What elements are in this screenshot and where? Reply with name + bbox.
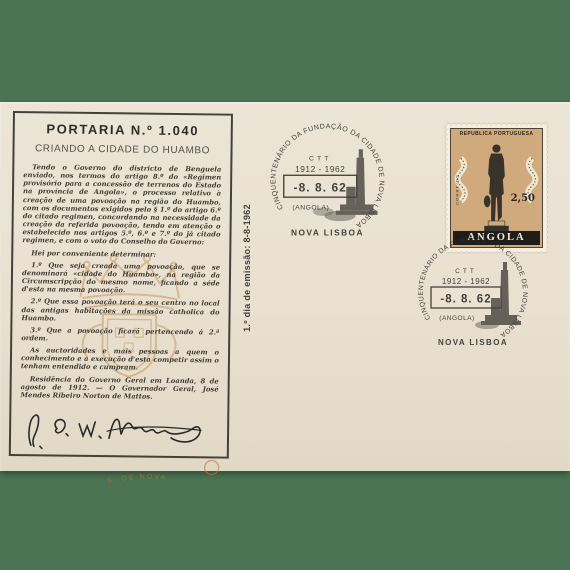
postmark-date: -8. 8. 62 [294, 180, 347, 194]
stamp-country-header: REPUBLICA PORTUGUESA [451, 131, 542, 137]
stamp-design: REPUBLICA PORTUGUESA CORREIOS 2,50 ANGOL… [450, 128, 543, 248]
decree-paragraph: Hei por conveniente determinar: [22, 249, 220, 260]
decree-paragraph: 3.º Que a povoação ficará pertencendo á … [21, 326, 219, 345]
decree-text: Tendo o Governo do districto de Benguela… [20, 163, 221, 401]
decree-paragraph: 1.º Que seja creada uma povoação, que se… [22, 261, 220, 296]
stamp-perforation-right [545, 122, 550, 254]
norton-de-matos-statue-icon [484, 144, 509, 231]
portaria-subtitle: CRIANDO A CIDADE DO HUAMBO [23, 143, 221, 156]
orange-handstamp-text: S. DE NOVA [107, 473, 168, 486]
governor-signature-icon [21, 405, 218, 457]
decree-paragraph: Tendo o Governo do districto de Benguela… [22, 163, 221, 247]
decree-paragraph: As auctoridades e mais pessoas a quem o … [21, 346, 219, 373]
decree-paragraph: Residência do Governo Geral em Loanda, 8… [20, 375, 218, 402]
decree-paragraph: 2.º Que essa povoação terá o seu centro … [21, 297, 219, 324]
portaria-box: PORTARIA N.º 1.040 CRIANDO A CIDADE DO H… [9, 111, 233, 459]
postmark-region: (ANGOLA) [439, 315, 474, 322]
postmark-years: 1912 - 1962 [442, 277, 490, 286]
orange-handstamp: S. DE NOVA [80, 454, 221, 498]
svg-text:S. DE NOVA: S. DE NOVA [107, 473, 168, 486]
first-day-cover-photo: PORTARIA N.º 1.040 CRIANDO A CIDADE DO H… [0, 0, 570, 570]
postmark-city: NOVA LISBOA [291, 228, 364, 238]
postmark-center: CINQUENTENÁRIO DA FUNDAÇÃO DA CIDADE DE … [265, 118, 390, 243]
postmark-years: 1912 - 1962 [295, 164, 345, 174]
stamp-correios-label: CORREIOS [455, 170, 460, 210]
postmark-city: NOVA LISBOA [438, 338, 508, 347]
stamp-artwork [451, 129, 542, 246]
postmark-on-stamp: CINQUENTENÁRIO DA FUNDAÇÃO DA CIDADE DE … [413, 232, 533, 352]
stamp-denomination: 2,50 [511, 193, 535, 204]
portaria-title: PORTARIA N.º 1.040 [24, 121, 222, 138]
postmark-ctt: CTT [455, 268, 477, 275]
first-day-emission-note: 1.º dia de emissão: 8-8-1962 [242, 188, 256, 348]
postmark-ctt: CTT [309, 156, 332, 163]
postmark-date: -8. 8. 62 [440, 294, 491, 306]
stamp-perforation-top [444, 122, 549, 127]
